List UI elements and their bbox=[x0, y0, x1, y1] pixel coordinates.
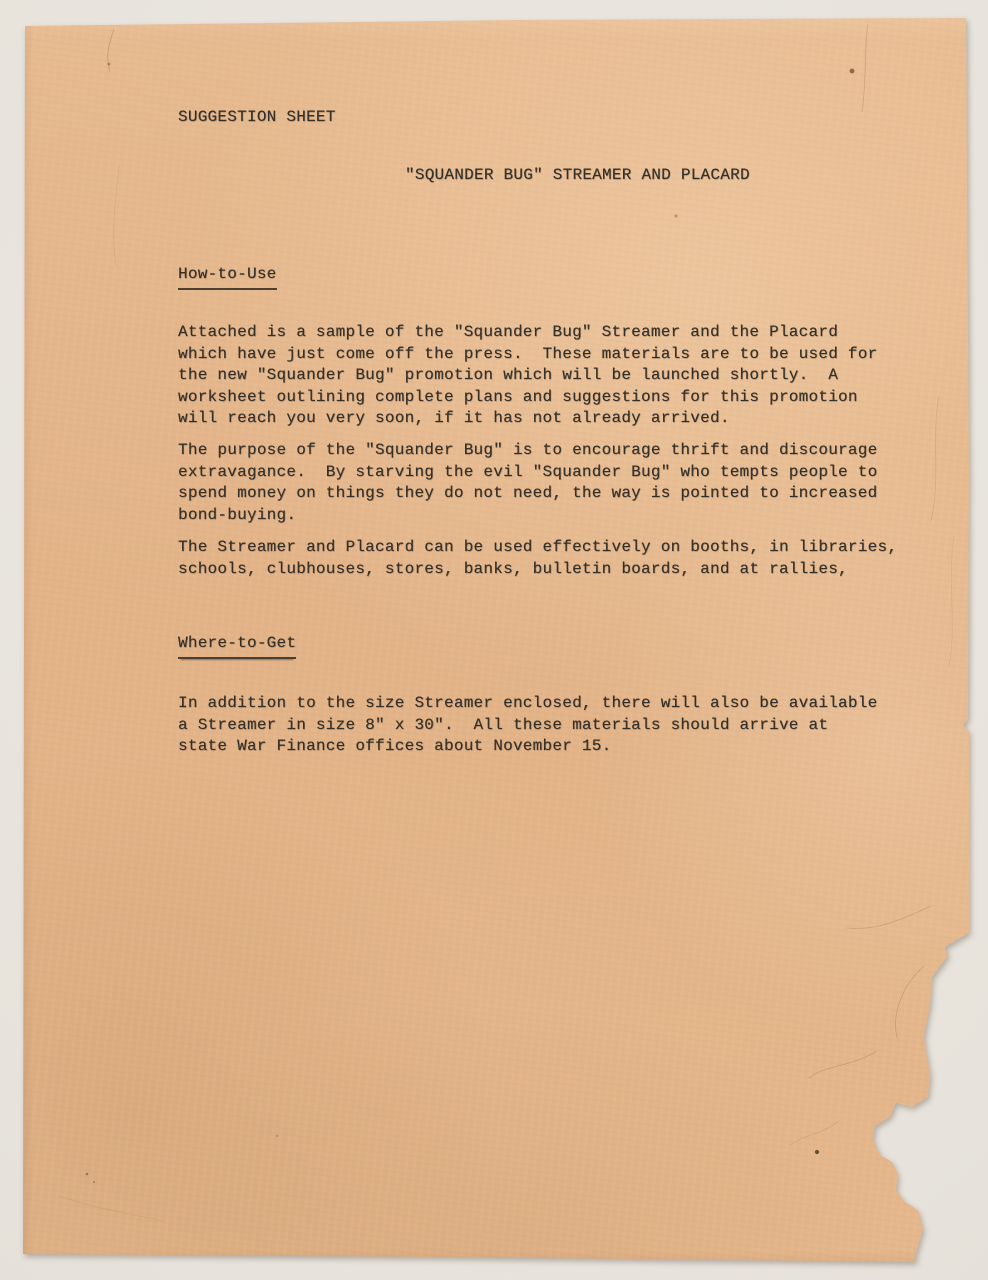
paper-shadow: SUGGESTION SHEET "SQUANDER BUG" STREAMER… bbox=[0, 0, 988, 1280]
paper-specks bbox=[86, 63, 855, 1183]
paragraph-attached-sample: Attached is a sample of the "Squander Bu… bbox=[178, 322, 877, 430]
scanned-document-page: SUGGESTION SHEET "SQUANDER BUG" STREAMER… bbox=[0, 0, 988, 1280]
section-heading-how-to-use: How-to-Use bbox=[178, 264, 277, 290]
paragraph-usage-locations: The Streamer and Placard can be used eff… bbox=[178, 537, 897, 580]
paragraph-purpose: The purpose of the "Squander Bug" is to … bbox=[178, 440, 877, 526]
section-heading-where-to-get: Where-to-Get bbox=[178, 633, 296, 659]
paragraph-availability: In addition to the size Streamer enclose… bbox=[178, 693, 877, 758]
document-title: "SQUANDER BUG" STREAMER AND PLACARD bbox=[405, 165, 750, 187]
paper-sheet: SUGGESTION SHEET "SQUANDER BUG" STREAMER… bbox=[19, 16, 969, 1266]
paper-creases-and-stains bbox=[19, 16, 969, 1266]
document-type-label: SUGGESTION SHEET bbox=[178, 107, 336, 129]
